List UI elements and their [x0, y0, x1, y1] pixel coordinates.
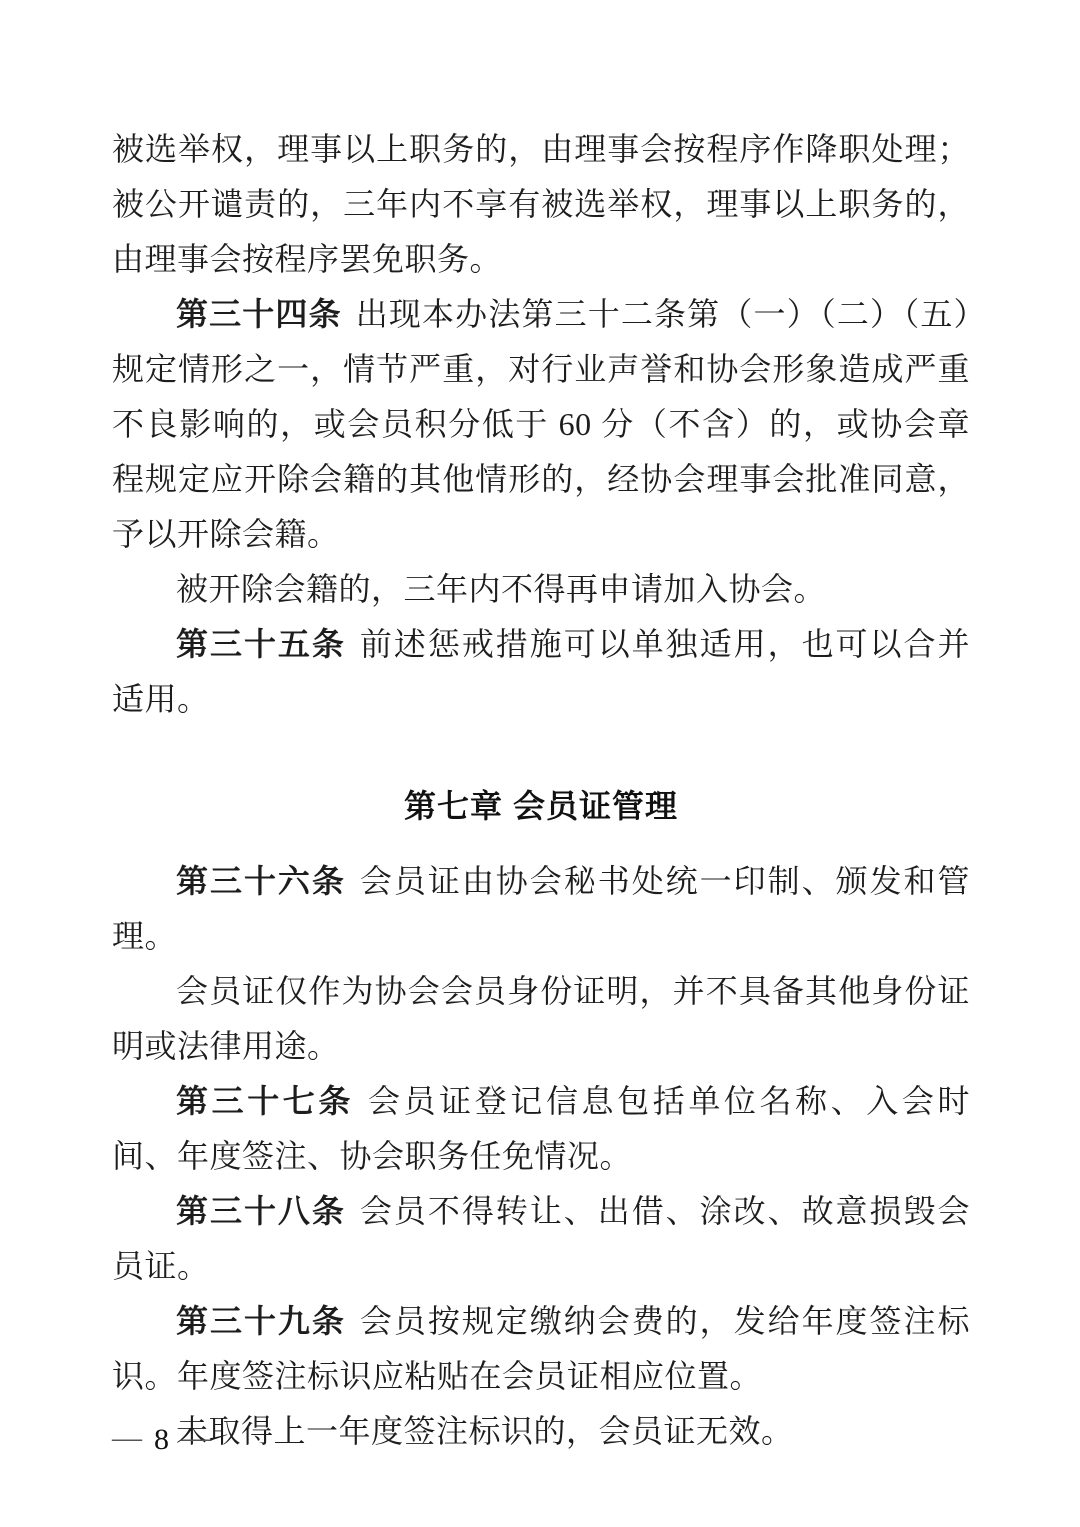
body-paragraph: 未取得上一年度签注标识的，会员证无效。: [112, 1404, 970, 1459]
document-page: 被选举权，理事以上职务的，由理事会按程序作降职处理；被公开谴责的，三年内不享有被…: [0, 0, 1080, 1527]
body-paragraph: 被开除会籍的，三年内不得再申请加入协会。: [112, 562, 970, 617]
body-paragraph: 第三十四条出现本办法第三十二条第（一）（二）（五）规定情形之一，情节严重，对行业…: [112, 287, 970, 562]
body-paragraph: 第三十八条会员不得转让、出借、涂改、故意损毁会员证。: [112, 1184, 970, 1294]
footer-right-dash: —: [181, 1418, 211, 1458]
article-number: 第三十九条: [176, 1303, 346, 1339]
footer-left-dash: —: [112, 1418, 142, 1458]
page-number: 8: [154, 1420, 169, 1460]
article-number: 第三十六条: [176, 863, 346, 899]
body-paragraph: 第三十六条会员证由协会秘书处统一印制、颁发和管理。: [112, 854, 970, 964]
document-body: 被选举权，理事以上职务的，由理事会按程序作降职处理；被公开谴责的，三年内不享有被…: [112, 122, 970, 1459]
body-paragraph: 会员证仅作为协会会员身份证明，并不具备其他身份证明或法律用途。: [112, 964, 970, 1074]
page-footer: — 8 —: [112, 1420, 211, 1460]
chapter-heading: 第七章 会员证管理: [112, 779, 970, 834]
body-paragraph: 第三十五条前述惩戒措施可以单独适用，也可以合并适用。: [112, 617, 970, 727]
body-paragraph: 被选举权，理事以上职务的，由理事会按程序作降职处理；被公开谴责的，三年内不享有被…: [112, 122, 970, 287]
body-paragraph: 第三十九条会员按规定缴纳会费的，发给年度签注标识。年度签注标识应粘贴在会员证相应…: [112, 1294, 970, 1404]
body-paragraph: 第三十七条会员证登记信息包括单位名称、入会时间、年度签注、协会职务任免情况。: [112, 1074, 970, 1184]
article-number: 第三十八条: [176, 1193, 346, 1229]
article-number: 第三十七条: [176, 1083, 354, 1119]
article-number: 第三十四条: [176, 296, 342, 332]
article-number: 第三十五条: [176, 626, 346, 662]
